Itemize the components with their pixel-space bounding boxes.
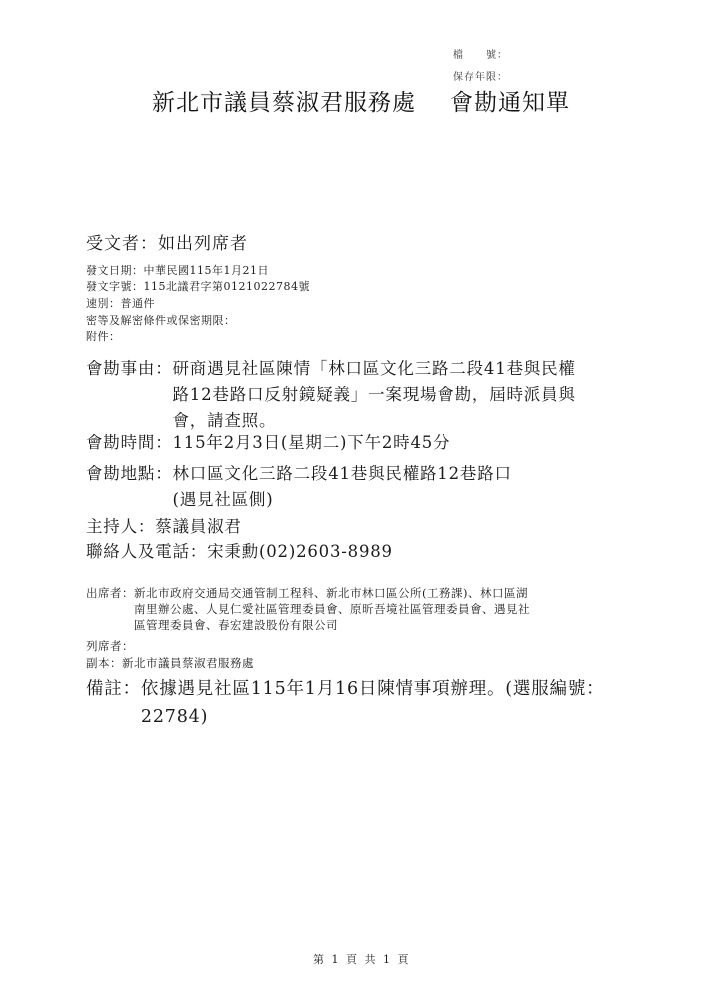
file-number-label: 檔 號： xyxy=(453,46,508,61)
recipient-label: 受文者： xyxy=(86,234,158,254)
attendees-label: 出席者： xyxy=(86,585,134,633)
issue-date-value: 中華民國115年1月21日 xyxy=(144,264,270,277)
inspection-reason-label: 會勘事由： xyxy=(86,356,173,434)
recipient-line: 受文者：如出列席者 xyxy=(86,229,248,254)
inspection-place-line: (遇見社區側) xyxy=(173,487,512,513)
host-line: 主持人：蔡議員淑君 xyxy=(86,514,242,540)
attendees-block: 出席者： 新北市政府交通局交通管制工程科、新北市林口區公所(工務課)、林口區湖 … xyxy=(86,585,530,633)
issue-date-line: 發文日期：中華民國115年1月21日 xyxy=(86,262,269,278)
contact-label: 聯絡人及電話： xyxy=(86,542,207,561)
remarks-label: 備註： xyxy=(86,675,141,731)
inspection-reason-line: 研商遇見社區陳情「林口區文化三路二段41巷與民權 xyxy=(173,356,576,382)
host-label: 主持人： xyxy=(86,517,155,536)
remarks-block: 備註： 依據遇見社區115年1月16日陳情事項辦理。(選服編號： 22784) xyxy=(86,675,604,731)
inspection-place-line: 林口區文化三路二段41巷與民權路12巷路口 xyxy=(173,461,512,487)
attendees-line: 區管理委員會、春宏建設股份有限公司 xyxy=(134,617,530,633)
host-value: 蔡議員淑君 xyxy=(155,517,242,536)
copy-value: 新北市議員蔡淑君服務處 xyxy=(122,656,254,670)
document-title: 新北市議員蔡淑君服務處會勘通知單 xyxy=(152,84,570,117)
title-organization: 新北市議員蔡淑君服務處 xyxy=(152,90,416,116)
issue-number-label: 發文字號： xyxy=(86,280,144,293)
title-document-type: 會勘通知單 xyxy=(450,90,570,116)
copy-label: 副本： xyxy=(86,656,122,670)
inspection-time-line: 會勘時間：115年2月3日(星期二)下午2時45分 xyxy=(86,430,450,456)
copy-line: 副本：新北市議員蔡淑君服務處 xyxy=(86,655,254,671)
inspection-reason-block: 會勘事由： 研商遇見社區陳情「林口區文化三路二段41巷與民權 路12巷路口反射鏡… xyxy=(86,356,576,434)
inspection-time-value: 115年2月3日(星期二)下午2時45分 xyxy=(173,433,451,452)
contact-value: 宋秉勳(02)2603-8989 xyxy=(207,542,393,561)
attachment-line: 附件： xyxy=(86,328,121,344)
inspection-place-label: 會勘地點： xyxy=(86,461,173,513)
secrecy-label: 密等及解密條件或保密期限： xyxy=(86,314,236,327)
remarks-line: 22784) xyxy=(141,703,605,731)
page-number: 第 1 頁 共 1 頁 xyxy=(313,951,410,967)
issue-number-line: 發文字號：115北議君字第0121022784號 xyxy=(86,278,310,294)
inspection-reason-line: 路12巷路口反射鏡疑義」一案現場會勘，屆時派員與 xyxy=(173,382,576,408)
attachment-label: 附件： xyxy=(86,330,121,343)
inspection-time-label: 會勘時間： xyxy=(86,433,173,452)
observers-line: 列席者： xyxy=(86,638,134,654)
attendees-line: 新北市政府交通局交通管制工程科、新北市林口區公所(工務課)、林口區湖 xyxy=(134,585,530,601)
issue-date-label: 發文日期： xyxy=(86,264,144,277)
issue-number-value: 115北議君字第0121022784號 xyxy=(144,280,310,293)
remarks-line: 依據遇見社區115年1月16日陳情事項辦理。(選服編號： xyxy=(141,675,605,703)
observers-label: 列席者： xyxy=(86,639,134,653)
speed-line: 速別：普通件 xyxy=(86,295,155,311)
retention-period-label: 保存年限： xyxy=(453,68,508,83)
recipient-value: 如出列席者 xyxy=(158,234,248,254)
speed-value: 普通件 xyxy=(121,297,156,310)
attendees-line: 南里辦公處、人見仁愛社區管理委員會、原昕吾境社區管理委員會、遇見社 xyxy=(134,601,530,617)
secrecy-line: 密等及解密條件或保密期限： xyxy=(86,312,236,328)
speed-label: 速別： xyxy=(86,297,121,310)
inspection-place-block: 會勘地點： 林口區文化三路二段41巷與民權路12巷路口 (遇見社區側) xyxy=(86,461,512,513)
contact-line: 聯絡人及電話：宋秉勳(02)2603-8989 xyxy=(86,539,393,565)
